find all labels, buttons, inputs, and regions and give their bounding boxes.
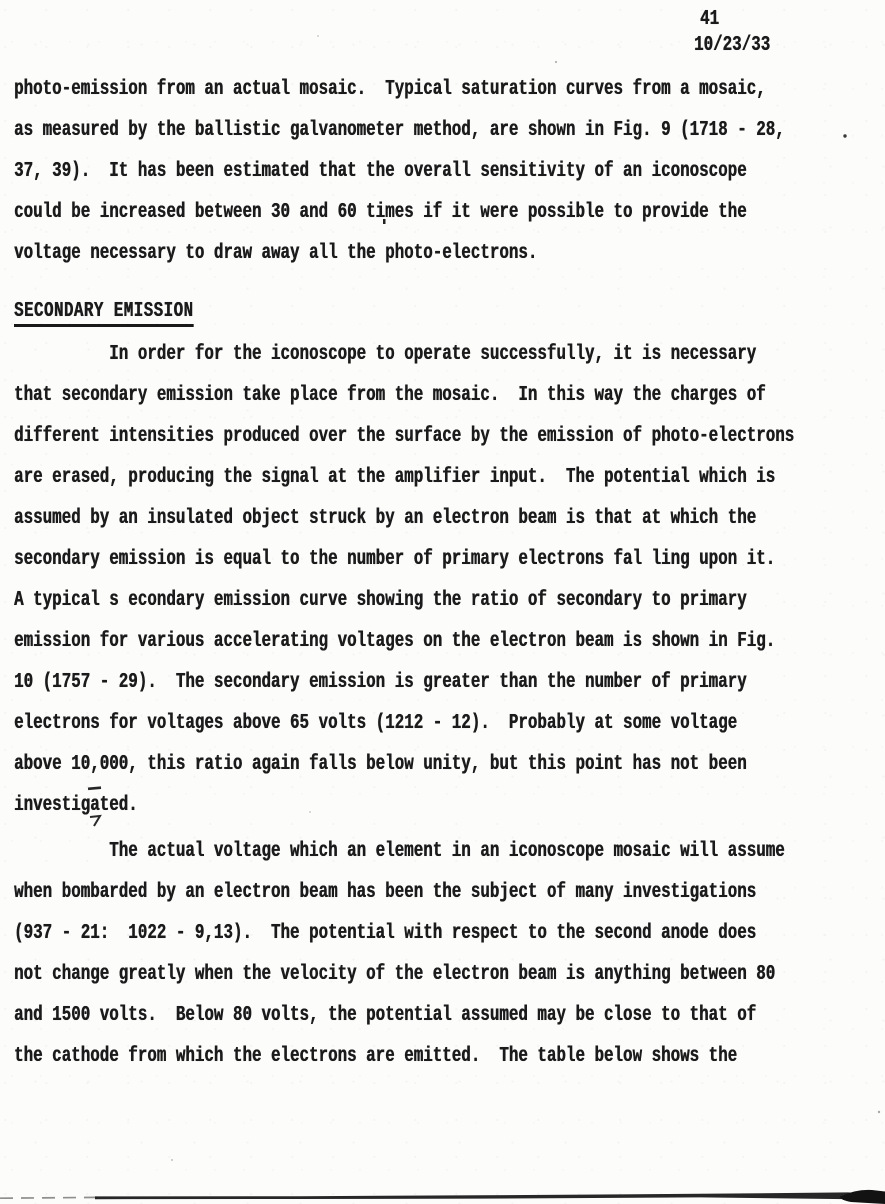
speck	[317, 35, 319, 37]
text-line: A typical s econdary emission curve show…	[14, 580, 794, 621]
text-line: electrons for voltages above 65 volts (1…	[14, 703, 794, 744]
scan-blob	[840, 1190, 885, 1204]
section-heading-text: SECONDARY EMISSION	[14, 299, 193, 327]
paragraph-actual-voltage: The actual voltage which an element in a…	[14, 831, 885, 1077]
text-line: above 10,000, this ratio again falls bel…	[14, 744, 794, 785]
paragraph-photo-emission: photo-emission from an actual mosaic. Ty…	[14, 69, 885, 274]
text-line: 10 (1757 - 29). The secondary emission i…	[14, 662, 794, 703]
text-line: emission for various accelerating voltag…	[14, 621, 794, 662]
text-line: (937 - 21: 1022 - 9,13). The potential w…	[14, 913, 785, 954]
text-line: assumed by an insulated object struck by…	[14, 498, 794, 539]
text-line: different intensities produced over the …	[14, 416, 794, 457]
text-line: not change greatly when the velocity of …	[14, 954, 785, 995]
text-line: photo-emission from an actual mosaic. Ty…	[14, 69, 785, 110]
page-date: 10/23/33	[694, 35, 770, 57]
text-line: 37, 39). It has been estimated that the …	[14, 151, 785, 192]
page-number: 41	[700, 9, 719, 31]
text-line: secondary emission is equal to the numbe…	[14, 539, 794, 580]
text-line: could be increased between 30 and 60 tim…	[14, 192, 785, 233]
text-line: In order for the iconoscope to operate s…	[14, 334, 794, 375]
paragraph-secondary-emission: In order for the iconoscope to operate s…	[14, 334, 885, 826]
text-line: that secondary emission take place from …	[14, 375, 794, 416]
text-line: The actual voltage which an element in a…	[14, 831, 785, 872]
scanned-document-page: 41 10/23/33 photo-emission from an actua…	[0, 0, 885, 1204]
text-line: and 1500 volts. Below 80 volts, the pote…	[14, 995, 785, 1036]
scan-edge-line	[95, 1192, 885, 1199]
section-heading: SECONDARY EMISSION	[14, 299, 252, 327]
speck	[555, 61, 557, 63]
text-line: when bombarded by an electron beam has b…	[14, 872, 785, 913]
text-line: as measured by the ballistic galvanomete…	[14, 110, 785, 151]
speck	[878, 1111, 880, 1113]
scan-edge-faint	[0, 1197, 98, 1198]
text-line: the cathode from which the electrons are…	[14, 1036, 785, 1077]
text-line: investigated.	[14, 785, 794, 826]
text-line: voltage necessary to draw away all the p…	[14, 233, 785, 274]
speck	[171, 1159, 173, 1161]
text-line: are erased, producing the signal at the …	[14, 457, 794, 498]
